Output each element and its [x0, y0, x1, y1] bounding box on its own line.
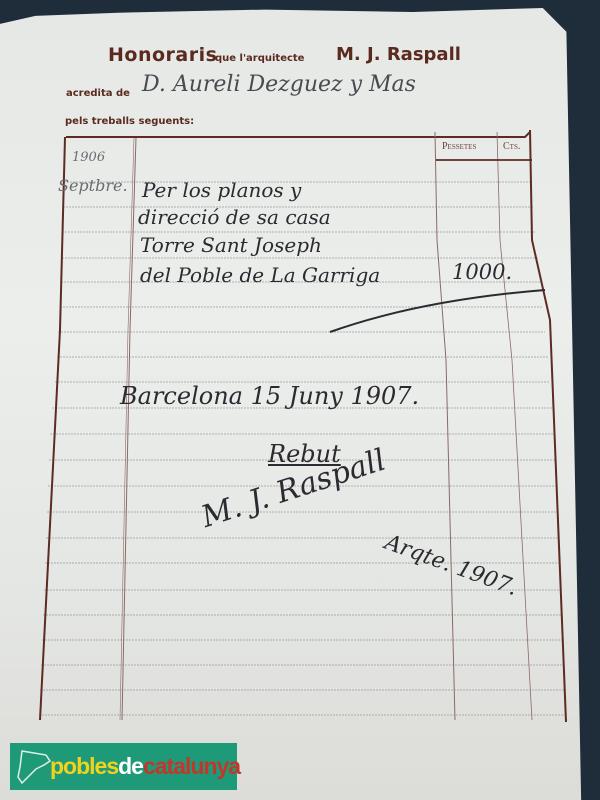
- entry-amount-pessetes: 1000.: [452, 260, 512, 284]
- logo-text-de: de: [118, 753, 143, 780]
- client-name: D. Aureli Dezguez y Mas: [142, 72, 416, 97]
- entry-month: Septbre.: [58, 176, 128, 195]
- header-title: Honoraris: [108, 44, 217, 66]
- catalonia-map-icon: [14, 747, 54, 787]
- entry-description-line-2: direcció de sa casa: [138, 205, 331, 229]
- logo-text-catalunya: catalunya: [143, 753, 240, 780]
- pobles-de-catalunya-logo: poblesdecatalunya: [10, 743, 237, 790]
- place-and-date: Barcelona 15 Juny 1907.: [120, 382, 419, 410]
- header-architect: M. J. Raspall: [336, 44, 461, 65]
- entry-description-line-3: Torre Sant Joseph: [140, 233, 322, 257]
- header-subtitle: que l'arquitecte: [215, 53, 304, 64]
- header-acredita-label: acredita de: [66, 88, 130, 99]
- column-header-pessetes: Pessetes: [442, 141, 476, 152]
- column-header-cts: Cts.: [503, 141, 520, 152]
- header-treballs-label: pels treballs seguents:: [65, 116, 194, 127]
- entry-description-line-1: Per los planos y: [142, 178, 301, 202]
- entry-description-line-4: del Poble de La Garriga: [140, 263, 380, 287]
- logo-text-pobles: pobles: [50, 753, 118, 780]
- entry-year: 1906: [72, 150, 105, 165]
